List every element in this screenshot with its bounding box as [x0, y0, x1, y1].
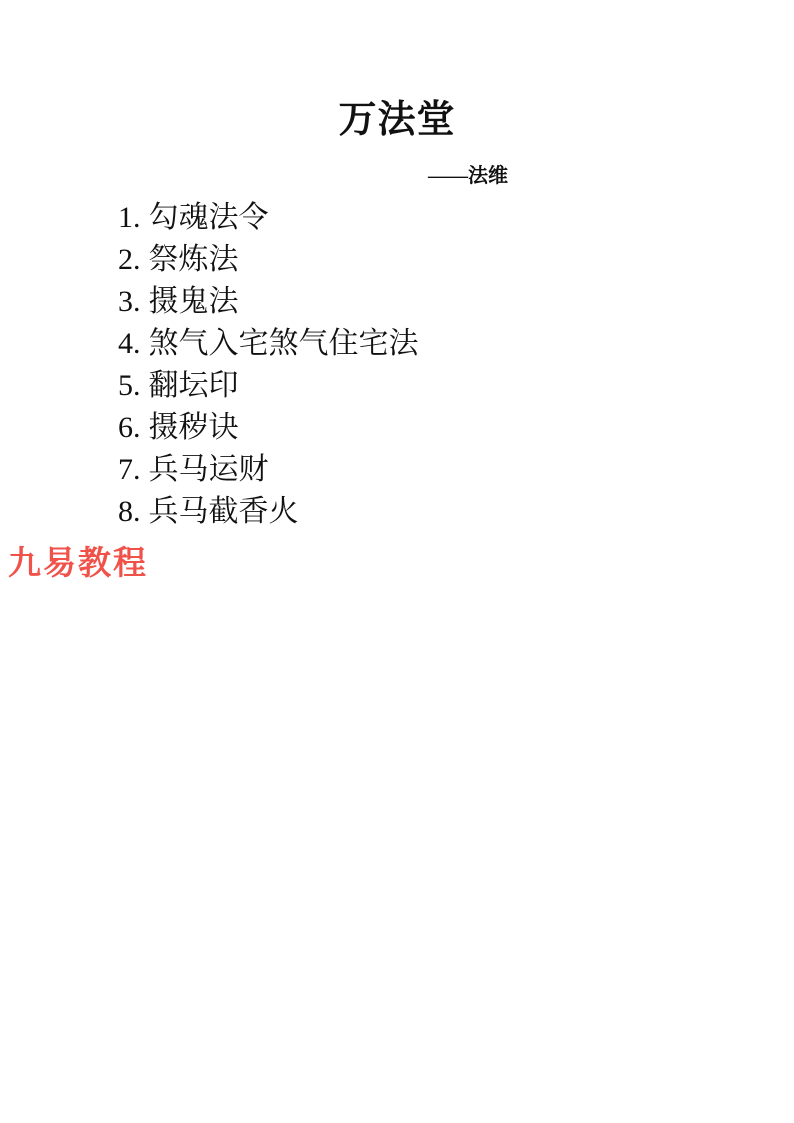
list-item: 3.摄鬼法: [118, 281, 419, 323]
item-number: 2.: [118, 239, 141, 281]
item-number: 1.: [118, 197, 141, 239]
item-text: 摄鬼法: [149, 285, 239, 318]
document-page: 万法堂 ——法维 1.勾魂法令 2.祭炼法 3.摄鬼法 4.煞气入宅煞气住宅法 …: [0, 0, 794, 1123]
list-item: 7.兵马运财: [118, 449, 419, 491]
watermark-logo: 九易教程: [8, 544, 148, 582]
item-number: 7.: [118, 449, 141, 491]
item-text: 摄秽诀: [149, 411, 239, 444]
list-item: 5.翻坛印: [118, 365, 419, 407]
item-text: 勾魂法令: [149, 201, 269, 234]
list-item: 2.祭炼法: [118, 239, 419, 281]
byline: ——法维: [428, 163, 508, 189]
item-number: 3.: [118, 281, 141, 323]
list-item: 8.兵马截香火: [118, 491, 419, 533]
item-text: 翻坛印: [149, 369, 239, 402]
item-text: 祭炼法: [149, 243, 239, 276]
list-item: 4.煞气入宅煞气住宅法: [118, 323, 419, 365]
item-text: 煞气入宅煞气住宅法: [149, 327, 419, 360]
item-number: 6.: [118, 407, 141, 449]
item-text: 兵马截香火: [149, 495, 299, 528]
item-number: 8.: [118, 491, 141, 533]
item-text: 兵马运财: [149, 453, 269, 486]
item-number: 5.: [118, 365, 141, 407]
list-item: 6.摄秽诀: [118, 407, 419, 449]
item-number: 4.: [118, 323, 141, 365]
content-list: 1.勾魂法令 2.祭炼法 3.摄鬼法 4.煞气入宅煞气住宅法 5.翻坛印 6.摄…: [118, 197, 419, 533]
page-title: 万法堂: [0, 100, 794, 140]
list-item: 1.勾魂法令: [118, 197, 419, 239]
